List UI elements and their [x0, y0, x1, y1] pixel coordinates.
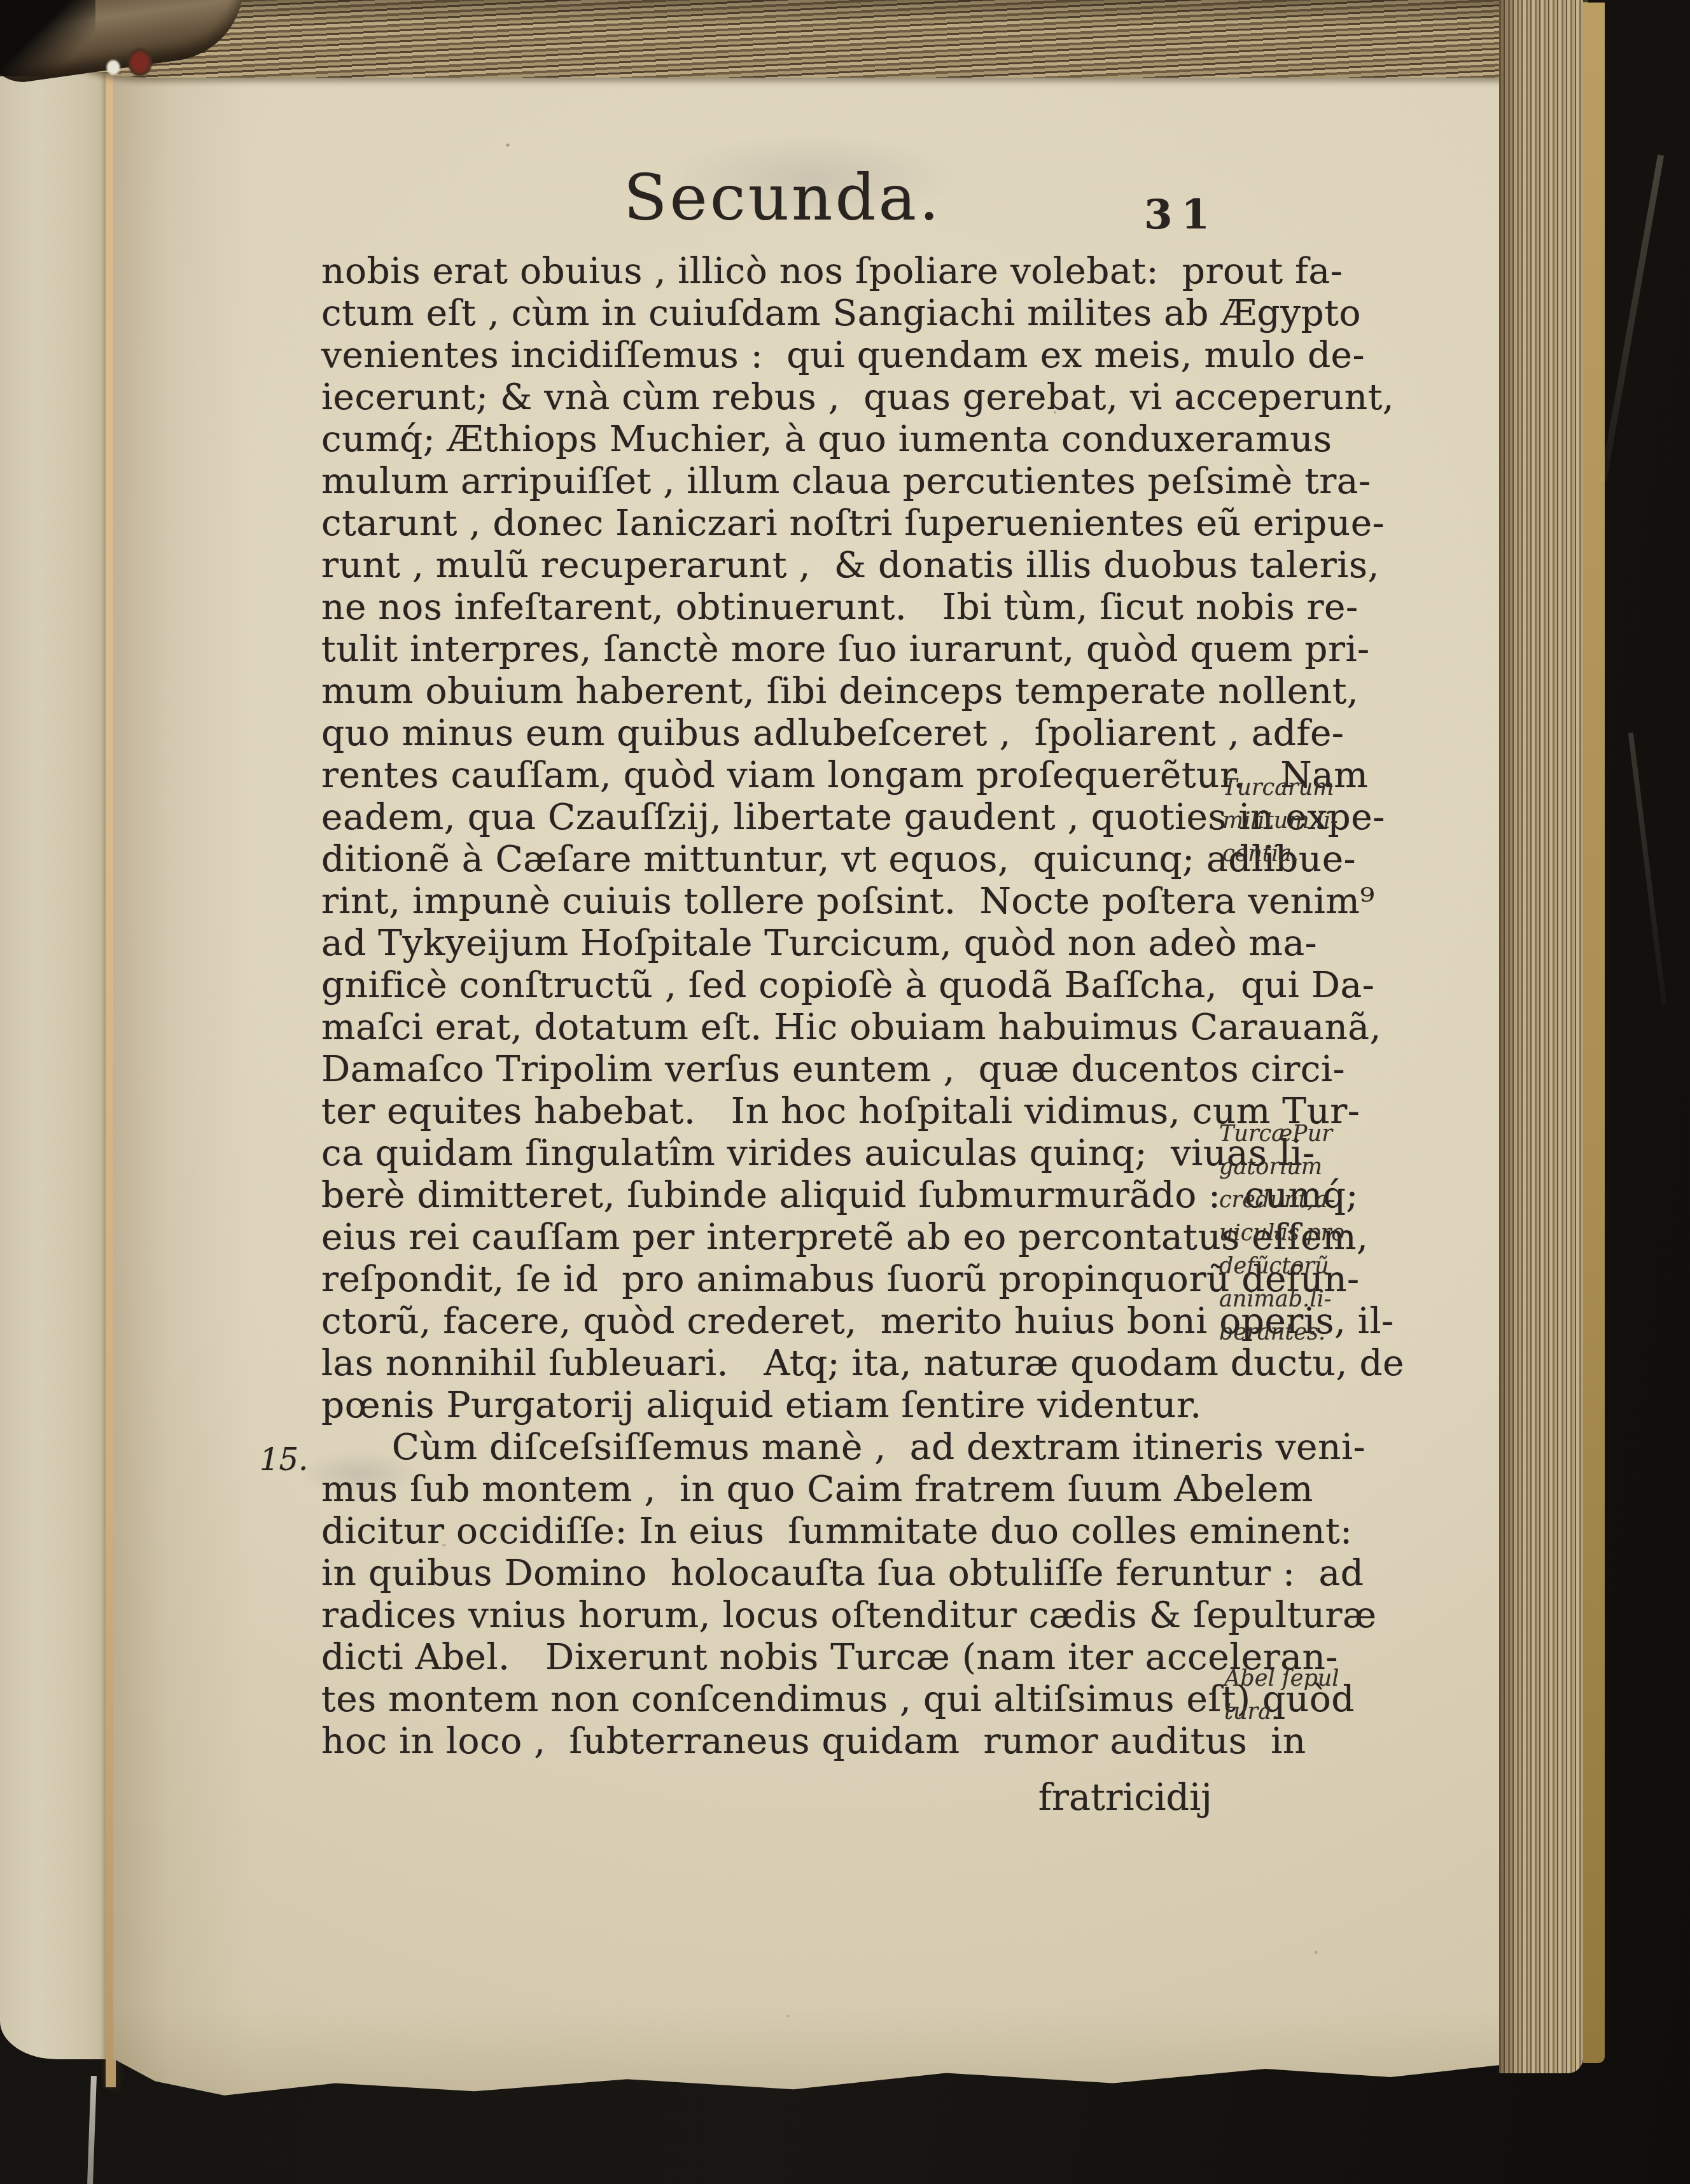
margin-note-line: militum li- — [1222, 804, 1394, 837]
page-block-fore-edge — [1499, 0, 1583, 2073]
margin-note-line: Abel ſepul — [1224, 1662, 1396, 1695]
body-line: tes montem non conſcendimus , qui altiſs… — [321, 1679, 1225, 1721]
body-line: iecerunt; & vnà cùm rebus , quas gerebat… — [321, 377, 1225, 419]
body-line: dicti Abel. Dixerunt nobis Turcæ (nam it… — [321, 1637, 1225, 1679]
hanging-cord — [1628, 732, 1666, 1005]
body-line: Cùm diſceſsiſſemus manè , ad dextram iti… — [321, 1427, 1225, 1469]
margin-note-abel-sepultura: Abel ſepultura. — [1224, 1662, 1396, 1728]
margin-note-line: tura. — [1224, 1695, 1396, 1728]
page-block-top-edge — [28, 0, 1588, 78]
body-line: berè dimitteret, ſubinde aliquid ſubmurm… — [321, 1175, 1225, 1217]
margin-note-line: TurcæPur — [1219, 1117, 1391, 1151]
body-line: ca quidam ſingulatîm virides auiculas qu… — [321, 1133, 1225, 1175]
margin-note-line: defũctorũ — [1219, 1250, 1391, 1283]
body-line: eadem, qua Czauſſzij, libertate gaudent … — [321, 797, 1225, 839]
bookmark-ribbon — [87, 2076, 97, 2184]
body-line: reſpondit, ſe id pro animabus ſuorũ prop… — [321, 1259, 1225, 1301]
body-line: pœnis Purgatorij aliquid etiam ſentire v… — [321, 1385, 1225, 1427]
margin-note-line: animab.li- — [1219, 1283, 1391, 1316]
section-number: 15. — [260, 1442, 308, 1478]
hanging-cord — [1600, 155, 1664, 482]
body-line: ctorũ, facere, quòd crederet, merito hui… — [321, 1301, 1225, 1343]
body-line: nobis erat obuius , illicò nos ſpoliare … — [321, 251, 1225, 293]
page-number: 31 — [1144, 191, 1219, 239]
body-line: ter equites habebat. In hoc hoſpitali vi… — [321, 1091, 1225, 1133]
body-line: rint, impunè cuiuis tollere poſsint. Noc… — [321, 881, 1225, 923]
body-line: cumq́; Æthiops Muchier, à quo iumenta co… — [321, 419, 1225, 461]
body-line: hoc in loco , ſubterraneus quidam rumor … — [321, 1721, 1225, 1763]
body-line: quo minus eum quibus adlubeſceret , ſpol… — [321, 713, 1225, 755]
body-line: rentes cauſſam, quòd viam longam proſequ… — [321, 755, 1225, 797]
margin-note-line: credunt,a- — [1219, 1184, 1391, 1217]
margin-note-purgatorium: TurcæPurgatoriumcredunt,a-uiculas prodef… — [1219, 1117, 1391, 1349]
margin-note-line: gatorium — [1219, 1151, 1391, 1184]
body-line: in quibus Domino holocauſta ſua obtuliſſ… — [321, 1553, 1225, 1595]
margin-note-line: centia. — [1222, 837, 1394, 871]
running-title: Secunda. — [624, 160, 942, 235]
margin-note-line: berantes. — [1219, 1316, 1391, 1349]
catchword: fratricidij — [321, 1777, 1212, 1819]
book-photo: Secunda. 31 15. nobis erat obuius , illi… — [0, 0, 1690, 2184]
body-line: Damaſco Tripolim verſus euntem , quæ duc… — [321, 1049, 1225, 1091]
cover-board-edge — [1583, 3, 1605, 2063]
margin-note-line: uiculas pro — [1219, 1217, 1391, 1250]
clasp-detail — [95, 37, 191, 83]
body-line: ne nos infeſtarent, obtinuerunt. Ibi tùm… — [321, 587, 1225, 629]
body-text: nobis erat obuius , illicò nos ſpoliare … — [321, 251, 1225, 1763]
body-line: mum obuium haberent, ſibi deinceps tempe… — [321, 671, 1225, 713]
body-line: tulit interpres, ſanctè more ſuo iurarun… — [321, 629, 1225, 671]
body-line: venientes incidiſſemus : qui quendam ex … — [321, 335, 1225, 377]
body-line: ditionẽ à Cæſare mittuntur, vt equos, qu… — [321, 839, 1225, 881]
margin-note-line: Turcarum — [1222, 771, 1394, 804]
background-corner — [0, 0, 95, 76]
body-line: runt , mulũ recuperarunt , & donatis ill… — [321, 545, 1225, 587]
body-line: mus ſub montem , in quo Caim fratrem ſuu… — [321, 1469, 1225, 1511]
body-line: radices vnius horum, locus oſtenditur cæ… — [321, 1595, 1225, 1637]
margin-note-turcarum-licentia: Turcarummilitum li-centia. — [1222, 771, 1394, 871]
body-line: gnificè conſtructũ , ſed copioſè à quodã… — [321, 965, 1225, 1007]
body-line: dicitur occidiſſe: In eius ſummitate duo… — [321, 1511, 1225, 1553]
body-line: ctum eſt , cùm in cuiuſdam Sangiachi mil… — [321, 293, 1225, 335]
body-line: maſci erat, dotatum eſt. Hic obuiam habu… — [321, 1007, 1225, 1049]
body-line: mulum arripuiſſet , illum claua percutie… — [321, 461, 1225, 503]
body-line: ad Tykyeijum Hoſpitale Turcicum, quòd no… — [321, 923, 1225, 965]
body-line: las nonnihil ſubleuari. Atq; ita, naturæ… — [321, 1343, 1225, 1385]
body-line: ctarunt , donec Ianiczari noſtri ſuperue… — [321, 503, 1225, 545]
body-line: eius rei cauſſam per interpretẽ ab eo pe… — [321, 1217, 1225, 1259]
